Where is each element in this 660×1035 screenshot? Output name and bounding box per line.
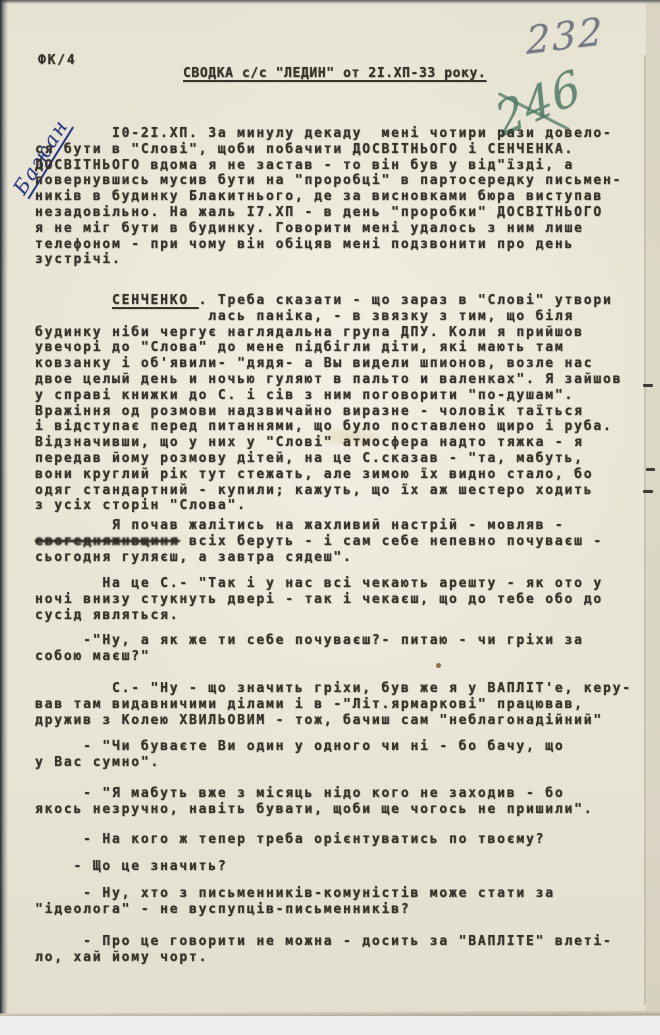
paragraph-mood: Я почав жалітись на жахливий настрій - м… xyxy=(35,518,641,565)
paragraph-arrest-fear: На це С.- "Так і у нас всі чекають арешт… xyxy=(35,576,641,623)
paragraph-question-ideolog: - Ну, хто з письменників-комуністів може… xyxy=(35,886,641,918)
senchenko-line1: . Треба сказати - що зараз в "Слові" утв… xyxy=(199,293,613,308)
scanner-background xyxy=(0,1016,660,1035)
paragraph-question-orient: - На кого ж тепер треба орієнтуватись по… xyxy=(35,832,641,848)
paragraph-senchenko: СЕНЧЕНКО . Треба сказати - що зараз в "С… xyxy=(35,293,641,514)
paragraph-question-sins: -"Ну, а як же ти себе почуваєш?- питаю -… xyxy=(35,633,641,665)
paragraph-answer-month: - "Я мабуть вже з місяць нідо кого не за… xyxy=(35,786,641,818)
paragraph-question-visits: - "Чи буваєте Ви один у одного чи ні - б… xyxy=(35,739,641,771)
page-crease-line xyxy=(644,55,646,1005)
paragraph-intro: І0-2І.ХП. За минулу декаду мені чотири р… xyxy=(35,126,641,268)
margin-mark xyxy=(646,468,655,471)
margin-mark xyxy=(643,384,653,387)
page-fold-shade xyxy=(646,0,660,1016)
paragraph-final-answer: - Про це говорити не можна - досить за "… xyxy=(35,934,641,966)
senchenko-name-underlined: СЕНЧЕНКО xyxy=(112,293,199,308)
indent xyxy=(35,293,112,308)
overtyped-word: евогедняжнвщиня xyxy=(35,534,179,549)
senchenko-body: лась паніка, - в звязку з тим, що біля б… xyxy=(35,309,622,514)
paragraph-vaplite-answer: С.- "Ну - що значить гріхи, був же я у В… xyxy=(35,681,641,728)
document-title: СВОДКА с/с "ЛЕДИН" от 2І.ХП-33 року. xyxy=(183,66,660,82)
mood-line1: Я почав жалітись на жахливий настрій - м… xyxy=(35,518,564,533)
paragraph-question-meaning: - Що це значить? xyxy=(35,859,641,875)
scan-top-edge xyxy=(0,0,660,4)
scan-left-edge xyxy=(0,0,8,1016)
margin-mark xyxy=(643,490,653,493)
